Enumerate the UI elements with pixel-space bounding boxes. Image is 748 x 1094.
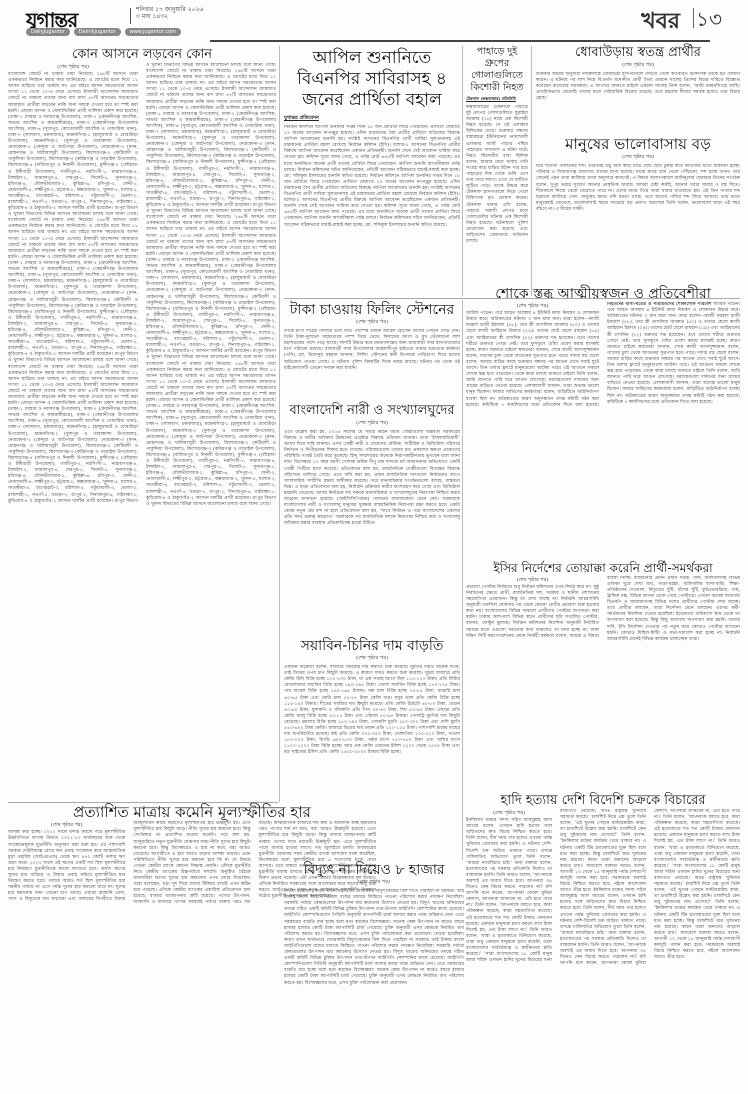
article-biddut: বিদ্যুৎ না দিয়েও ৮ হাজার (শেষ পৃষ্ঠার প… [284, 862, 464, 1086]
twitter-link[interactable]: DainikJugantor [74, 28, 121, 36]
header-rule [210, 40, 710, 42]
date-gregorian: শনিবার ১৭ জানুয়ারি ২০২৬ [136, 6, 203, 13]
article-apil: আপিল শুনানিতে বিএনপির সাবিরাসহ ৪ জনের প্… [284, 46, 460, 296]
headline: সয়াবিন-চিনির দাম বাড়তি [284, 638, 460, 654]
headline: আপিল শুনানিতে বিএনপির সাবিরাসহ ৪ জনের প্… [284, 46, 460, 113]
continued-label: (শেষ পৃষ্ঠার পর) [284, 879, 464, 887]
article-body: (শেষ পৃষ্ঠার পর) বাংলাদেশ জোটে না থাকায়… [8, 63, 276, 793]
column-rule [462, 46, 463, 296]
headline: প্রত্যাশিত মাত্রায় কমেনি মূল্যস্ফীতির হ… [8, 804, 376, 821]
continued-label: (শেষ পৃষ্ঠার পর) [8, 64, 138, 70]
article-body: (শেষ পৃষ্ঠার পর) ইনকিলাব মঞ্চের সদস্য সচ… [466, 809, 740, 1071]
article-body: নির্বাচন কমিশনে আপিল শুনানির সপ্তম দিনে … [284, 125, 460, 275]
continued-label: (শেষ পৃষ্ঠার পর) [536, 154, 740, 162]
article-bangladeshi-nari: বাংলাদেশি নারী ও সংখ্যালঘুদের (শেষ পৃষ্ঠ… [284, 404, 460, 636]
article-body: (শেষ পৃষ্ঠার পর) প্রচারণা পোস্টার নির্বা… [466, 576, 740, 772]
page-divider [693, 8, 694, 28]
headline: ধোবাউড়ায় স্বতন্ত্র প্রার্থীর [536, 46, 740, 61]
article-body: তাকে চাপা দিয়েই পালিয়ে চলে যায়। পাম্প… [284, 329, 460, 397]
continued-label: (শেষ পৃষ্ঠার পর) [284, 420, 460, 428]
article-dhobaura: ধোবাউড়ায় স্বতন্ত্র প্রার্থীর (শেষ পৃষ্… [536, 46, 740, 134]
subhead: নিহতদের বাসা-ঘরেও ও পরিচিতদের শোকাশোক পর… [607, 302, 711, 307]
masthead: যুগান্তর শনিবার ১৭ জানুয়ারি ২০২৬ ৩ মাঘ … [0, 0, 748, 40]
date-bengali: ৩ মাঘ ১৪৩২ [136, 13, 203, 20]
headline: কোন আসনে লড়বেন কোন [8, 48, 276, 63]
headline: ইসির নির্দেশের তোয়াক্কা করেনি প্রার্থী-… [466, 562, 740, 576]
headline: হাদি হত্যায় দেশি বিদেশি চক্রকে বিচারের [466, 794, 740, 809]
byline: টেকনাফ (কক্সবাজার) প্রতিনিধি [466, 96, 528, 103]
continued-label: (শেষ পৃষ্ঠার পর) [466, 303, 599, 309]
column-rule [279, 46, 280, 802]
continued-label: (শেষ পৃষ্ঠার পর) [284, 319, 460, 327]
facebook-link[interactable]: DailyJugantor [26, 28, 70, 36]
article-body: এতে উল্লেখ করা হয়, ২০২৪ সালের যে সময়ে … [284, 430, 460, 632]
byline: যুগান্তর প্রতিবেদন [284, 115, 460, 123]
continued-label: (শেষ পৃষ্ঠার পর) [284, 655, 460, 663]
logo-divider [130, 8, 131, 24]
headline: টাকা চাওয়ায় ফিলিং স্টেশনের [284, 302, 460, 318]
article-isir: ইসির নির্দেশের তোয়াক্কা করেনি প্রার্থী-… [466, 562, 740, 780]
article-hadi: হাদি হত্যায় দেশি বিদেশি চক্রকে বিচারের … [466, 784, 740, 1086]
article-shoke: শোকে স্তব্ধ আত্মীয়স্বজন ও প্রতিবেশীরা (… [466, 258, 740, 558]
section-title: খবর [641, 4, 680, 41]
social-links: DailyJugantor DainikJugantor www.juganto… [26, 28, 181, 36]
article-body: শুক্রবার আমার অনুসারী নজরুলকে ধোবাউড়া হ… [536, 72, 740, 132]
article-body: (শেষ পৃষ্ঠার পর) আরিফ পড়েন। পরে আহত অবস… [466, 302, 740, 554]
article-body: দেওয়া হয়েছিল। কারণ তখন অর্থাভাবে বেসরক… [284, 889, 464, 1085]
continued-label: (শেষ পৃষ্ঠার পর) [466, 810, 552, 816]
article-kon-asone: কোন আসনে লড়বেন কোন (শেষ পৃষ্ঠার পর) বাং… [8, 48, 276, 800]
continued-label: (শেষ পৃষ্ঠার পর) [466, 577, 599, 583]
headline: মানুষের ভালোবাসায় বড় [536, 136, 740, 153]
headline: পাহাড়ে দুই গ্রুপের গোলাগুলিতে কিশোরী নি… [466, 46, 528, 94]
article-taka: টাকা চাওয়ায় ফিলিং স্টেশনের (শেষ পৃষ্ঠা… [284, 302, 460, 402]
continued-label: (শেষ পৃষ্ঠার পর) [536, 62, 740, 70]
website-link[interactable]: www.jugantor.com [125, 28, 181, 36]
column-rule [462, 300, 463, 860]
headline: শোকে স্তব্ধ আত্মীয়স্বজন ও প্রতিবেশীরা [466, 286, 740, 302]
headline: বাংলাদেশি নারী ও সংখ্যালঘুদের [284, 404, 460, 419]
page-number: ১৩ [696, 5, 722, 38]
headline: বিদ্যুৎ না দিয়েও ৮ হাজার [284, 862, 464, 878]
continued-label: (শেষ পৃষ্ঠার পর) [8, 822, 125, 828]
dateline: শনিবার ১৭ জানুয়ারি ২০২৬ ৩ মাঘ ১৪৩২ [136, 6, 203, 20]
